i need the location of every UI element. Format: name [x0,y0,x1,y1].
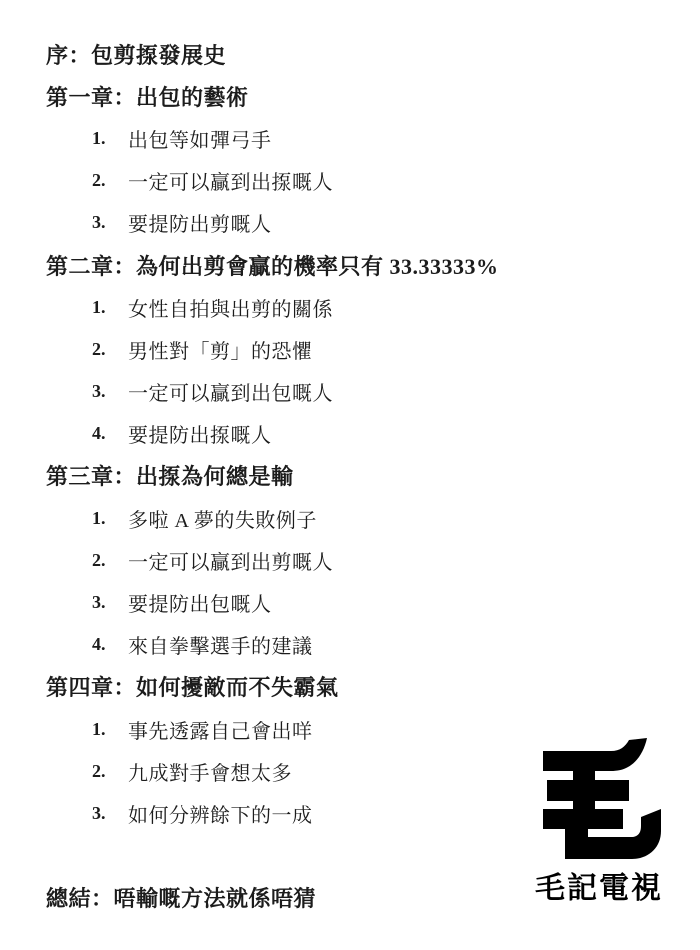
item-number: 1. [92,128,128,149]
toc-item: 3. 要提防出剪嘅人 [46,202,656,244]
item-text: 一定可以贏到出剪嘅人 [128,546,333,575]
item-number: 3. [92,381,128,402]
item-text: 女性自拍與出剪的關係 [128,293,333,322]
item-text: 來自拳擊選手的建議 [128,630,313,659]
tvmost-wordmark: 毛記電視 [535,873,663,905]
item-text: 多啦 A 夢的失敗例子 [128,504,317,533]
item-number: 2. [92,550,128,571]
item-text: 一定可以贏到出包嘅人 [128,377,333,406]
item-text: 要提防出剪嘅人 [128,208,272,237]
item-text: 要提防出揼嘅人 [128,419,272,448]
item-number: 2. [92,761,128,782]
item-text: 要提防出包嘅人 [128,588,272,617]
item-number: 4. [92,634,128,655]
item-number: 3. [92,212,128,233]
tvmost-logo-glyph [535,730,675,880]
toc-item: 1. 女性自拍與出剪的關係 [46,286,656,328]
item-text: 如何分辨餘下的一成 [128,799,313,828]
item-number: 2. [92,339,128,360]
item-text: 事先透露自己會出咩 [128,715,313,744]
item-number: 1. [92,719,128,740]
item-text: 一定可以贏到出揼嘅人 [128,166,333,195]
item-number: 2. [92,170,128,191]
toc-item: 4. 要提防出揼嘅人 [46,413,656,455]
item-number: 3. [92,592,128,613]
toc-item: 2. 一定可以贏到出揼嘅人 [46,160,656,202]
item-text: 出包等如彈弓手 [128,124,272,153]
item-number: 4. [92,423,128,444]
preface-heading: 序：包剪揼發展史 [46,33,656,75]
tvmost-logo: 毛記電視 [535,730,685,920]
toc-item: 1. 多啦 A 夢的失敗例子 [46,497,656,539]
chapter-3-heading: 第三章：出揼為何總是輸 [46,455,656,497]
toc-item: 4. 來自拳擊選手的建議 [46,624,656,666]
item-text: 男性對「剪」的恐懼 [128,335,313,364]
item-number: 1. [92,297,128,318]
toc-item: 3. 要提防出包嘅人 [46,581,656,623]
chapter-4-heading: 第四章：如何擾敵而不失霸氣 [46,666,656,708]
toc-item: 2. 一定可以贏到出剪嘅人 [46,539,656,581]
item-number: 3. [92,803,128,824]
toc-item: 3. 一定可以贏到出包嘅人 [46,371,656,413]
chapter-2-heading: 第二章：為何出剪會贏的機率只有 33.33333% [46,244,656,286]
toc-item: 1. 出包等如彈弓手 [46,117,656,159]
chapter-1-heading: 第一章：出包的藝術 [46,75,656,117]
item-number: 1. [92,508,128,529]
item-text: 九成對手會想太多 [128,757,292,786]
toc-item: 2. 男性對「剪」的恐懼 [46,328,656,370]
